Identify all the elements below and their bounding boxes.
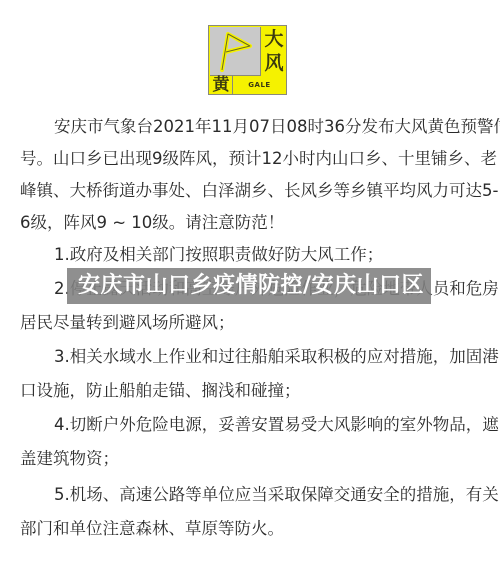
doc-item-1: 1.政府及相关部门按照职责做好防大风工作； (54, 241, 383, 265)
gale-warning-sign: 大 风 黄 GALE (208, 25, 287, 95)
caption-overlay-title: 安庆市山口乡疫情防控/安庆山口区 (78, 270, 424, 302)
doc-line-2: 号。山口乡已出现9级阵风，预计12小时内山口乡、十里铺乡、老 (20, 145, 497, 169)
doc-line-3: 峰镇、大桥街道办事处、白泽湖乡、长风乡等乡镇平均风力可达5- (20, 177, 498, 201)
sign-char-da: 大 (262, 27, 286, 51)
doc-item-5: 5.机场、高速公路等单位应当采取保障交通安全的措施，有关 (54, 481, 499, 505)
doc-line-1: 安庆市气象台2021年11月07日08时36分发布大风黄色预警信 (54, 113, 500, 137)
sign-char-feng: 风 (262, 51, 286, 75)
doc-item-2-cont: 居民尽量转到避风场所避风； (20, 309, 235, 333)
sign-english-label: GALE (233, 76, 286, 94)
doc-item-4-cont: 盖建筑物资； (20, 445, 119, 469)
flag-icon (214, 30, 256, 74)
doc-item-4: 4.切断户外危险电源，妥善安置易受大风影响的室外物品，遮 (54, 411, 499, 435)
doc-item-5-cont: 部门和单位注意森林、草原等防火。 (20, 515, 284, 539)
doc-item-3: 3.相关水域水上作业和过往船舶采取积极的应对措施，加固港 (54, 343, 499, 367)
doc-item-3-cont: 口设施，防止船舶走锚、搁浅和碰撞； (20, 377, 301, 401)
sign-icon-panel (210, 27, 261, 76)
sign-level-char: 黄 (210, 76, 233, 94)
doc-line-4: 6级，阵风9 ~ 10级。请注意防范！ (20, 209, 284, 233)
